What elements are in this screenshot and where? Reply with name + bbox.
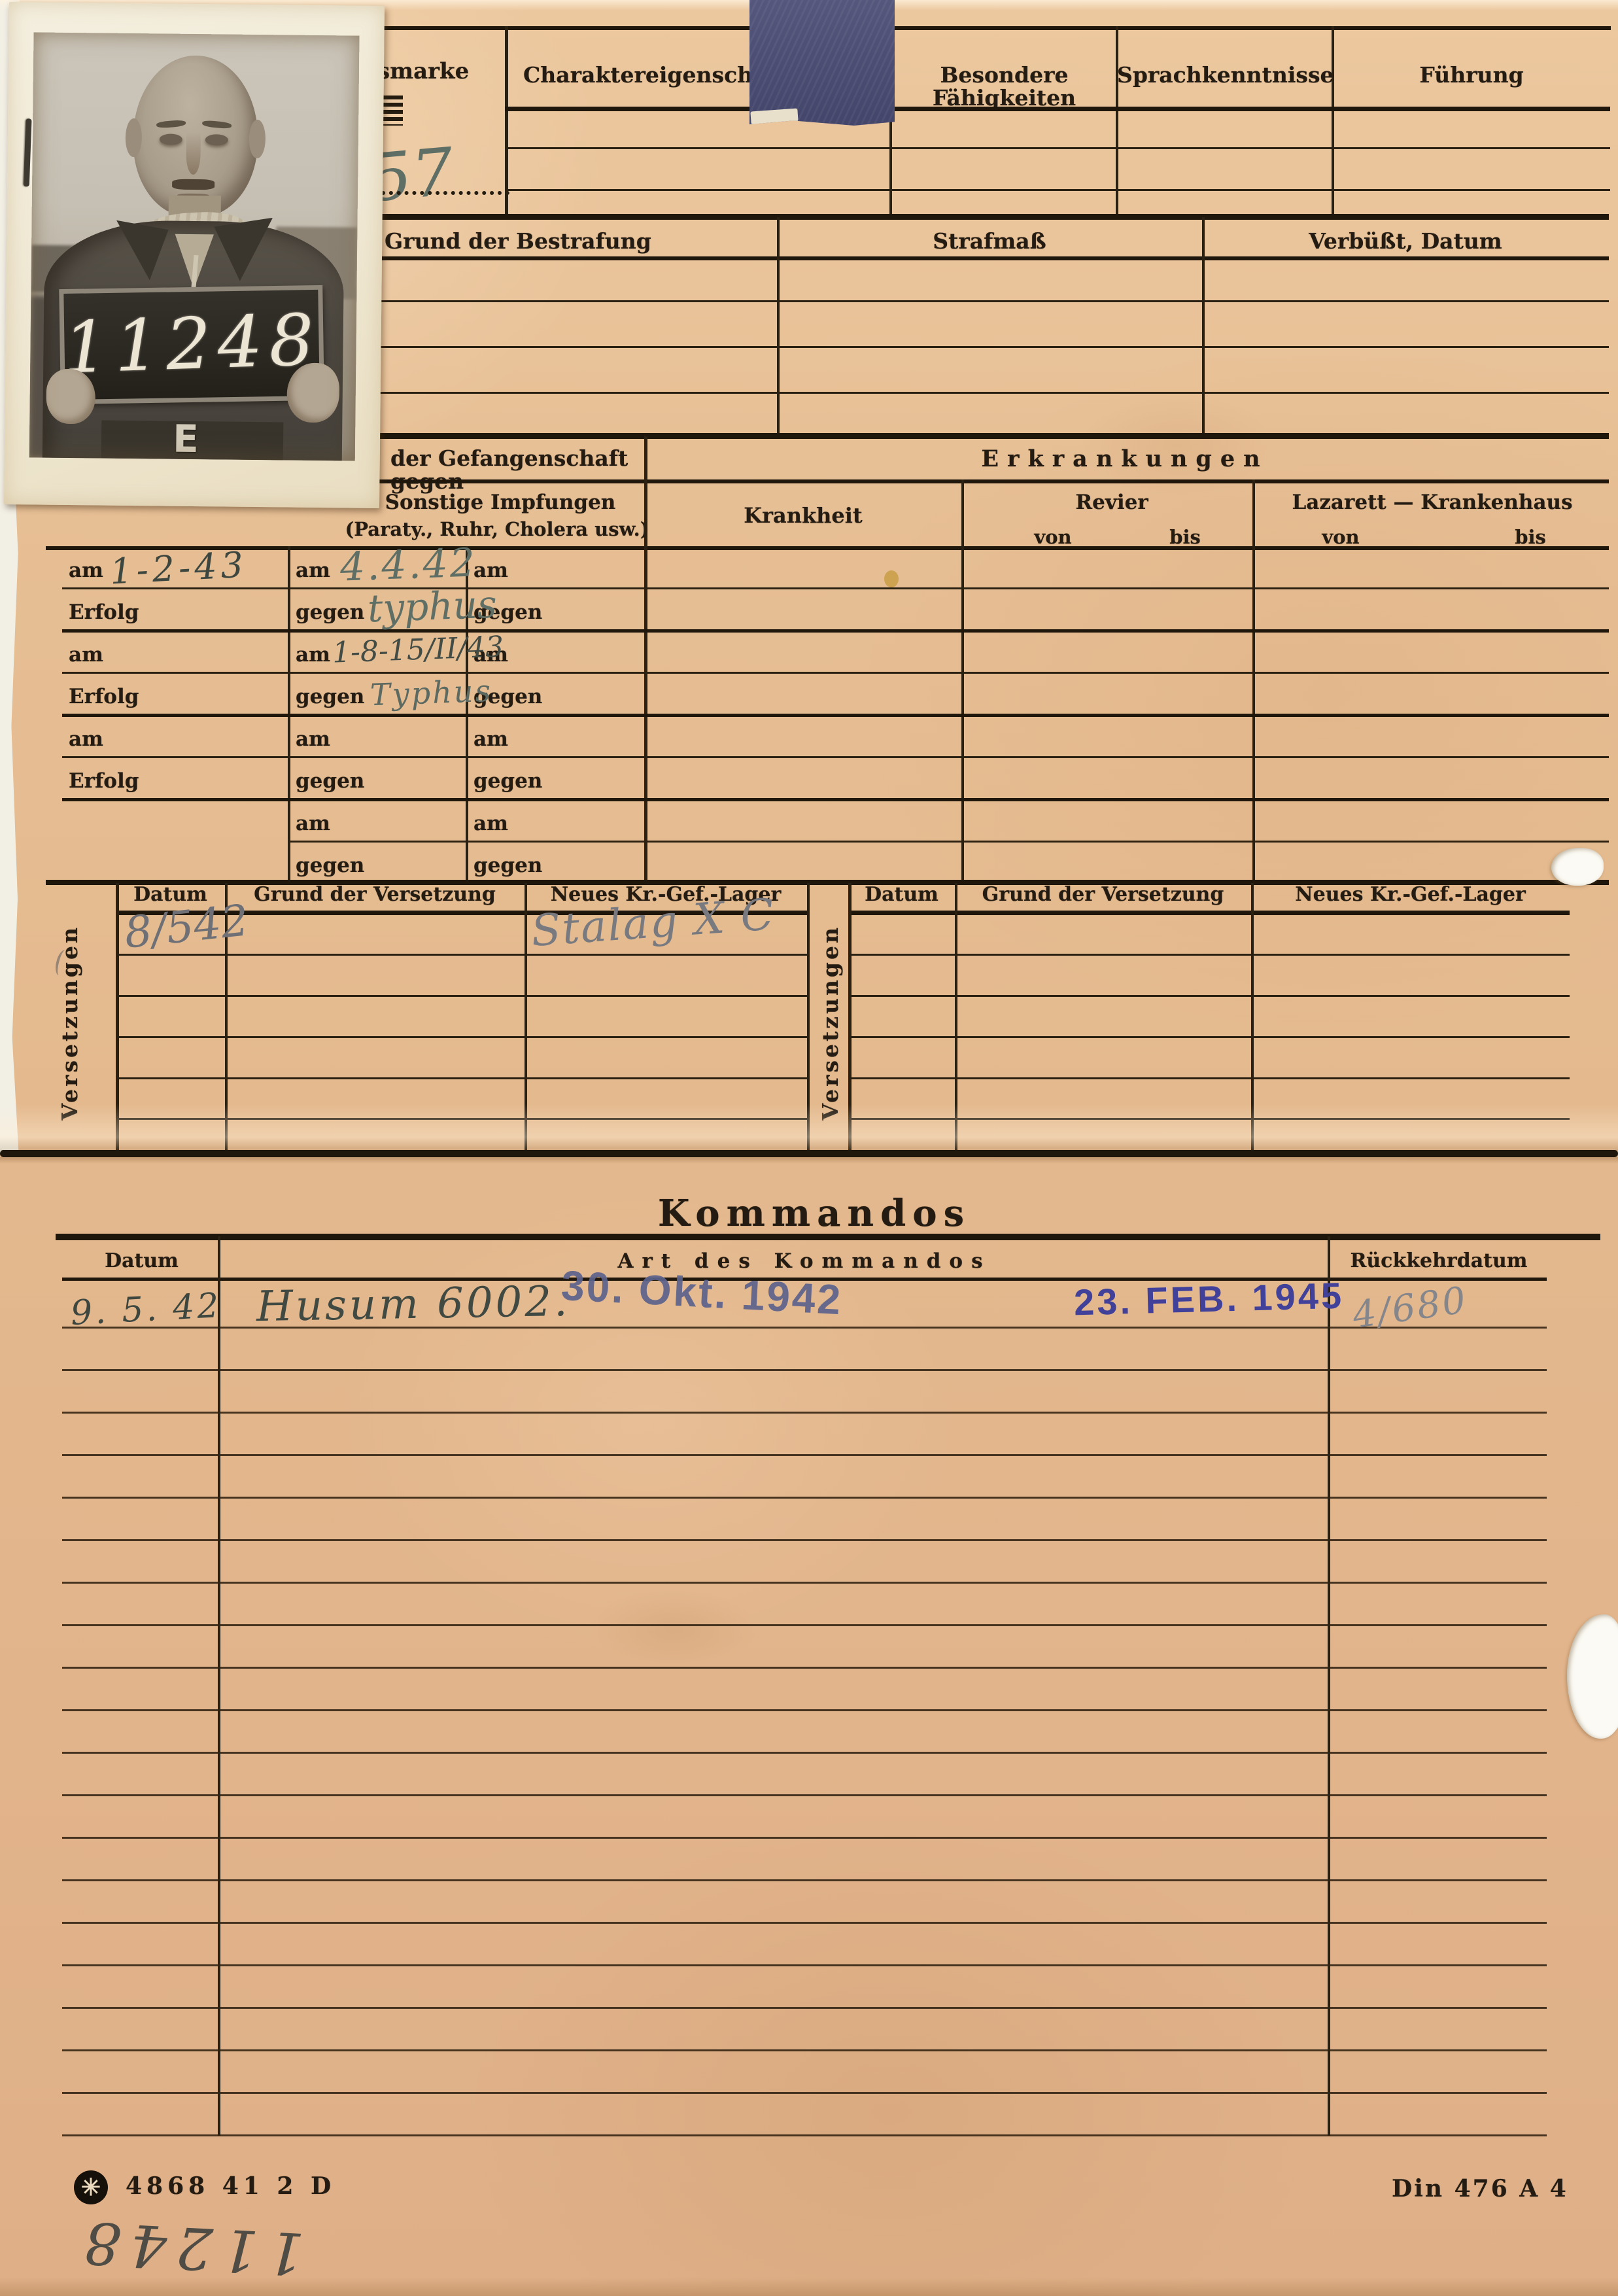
column-header-strafmass: Strafmaß xyxy=(891,230,1088,253)
column-header-datum: Datum xyxy=(65,1251,218,1272)
column-header-rueckkehrdatum: Rückkehrdatum xyxy=(1331,1251,1547,1272)
column-header-grund-versetzung: Grund der Versetzung xyxy=(225,884,525,905)
am-label: am xyxy=(473,813,508,835)
column-header-grund-versetzung: Grund der Versetzung xyxy=(955,884,1251,905)
table-line xyxy=(505,147,1610,149)
vaccination-against-handwritten: Typhus xyxy=(370,676,492,710)
column-header-datum: Datum xyxy=(848,884,955,905)
am-label: am xyxy=(69,560,103,582)
revier-von-label: von xyxy=(1020,527,1086,547)
impf-header-fragment: der Gefangenschaft gegen xyxy=(390,447,652,493)
erkennungsmarke-label-fragment: smarke xyxy=(377,60,469,84)
column-header-fuehrung: Führung xyxy=(1334,64,1609,87)
am-label: am xyxy=(473,560,508,582)
paper-stain xyxy=(884,570,899,587)
column-line xyxy=(961,479,964,883)
row-line xyxy=(116,1036,807,1038)
fold-line xyxy=(0,1150,1618,1157)
vaccination-date-handwritten: 1-8-15/II/43 xyxy=(332,633,504,667)
am-label: am xyxy=(296,729,330,750)
din-code: Din 476 A 4 xyxy=(1392,2177,1568,2202)
column-header-krankheit: Krankheit xyxy=(705,505,901,527)
vaccination-date-handwritten: 1-2-43 xyxy=(109,548,248,590)
ruled-rows xyxy=(62,1286,1547,2138)
vaccination-date-handwritten: 4.4.42 xyxy=(339,543,477,587)
prisoner-record-card: smarke 57 Charaktereigenschaft Besondere… xyxy=(0,0,1618,2296)
fold-shadow xyxy=(0,1157,1618,1164)
row-line xyxy=(62,587,1609,589)
sonstige-impfungen-line2: (Paraty., Ruhr, Cholera usw.) xyxy=(340,519,654,539)
column-header-grund-bestrafung: Grund der Bestrafung xyxy=(385,230,751,253)
table-line xyxy=(505,107,1610,111)
kommando-art-handwritten: Husum 6002. xyxy=(256,1281,570,1328)
lazarett-bis-label: bis xyxy=(1498,527,1563,547)
prisoner-photo: 11248 E xyxy=(4,2,385,508)
row-line xyxy=(62,629,1609,633)
date-stamp-return: 23. FEB. 1945 xyxy=(1073,1278,1344,1321)
am-label: am xyxy=(296,644,330,666)
row-line xyxy=(62,798,1609,801)
gegen-label: gegen xyxy=(296,686,364,708)
table-line xyxy=(56,1234,1600,1240)
row-line xyxy=(62,756,1609,758)
column-line xyxy=(777,217,780,434)
punch-hole-middle xyxy=(1567,1614,1618,1739)
gegen-label: gegen xyxy=(296,855,364,877)
column-line xyxy=(644,436,647,883)
erfolg-label: Erfolg xyxy=(69,771,139,792)
erfolg-label: Erfolg xyxy=(69,602,139,623)
gegen-label: gegen xyxy=(296,771,364,792)
revier-bis-label: bis xyxy=(1152,527,1218,547)
fold-crease xyxy=(0,1104,1618,1151)
row-line xyxy=(116,995,807,997)
table-line xyxy=(505,189,1610,191)
row-line xyxy=(116,954,807,956)
column-header-faehigkeiten: Besondere Fähigkeiten xyxy=(895,64,1114,109)
erfolg-label: Erfolg xyxy=(69,686,139,708)
erkrankungen-header: Erkrankungen xyxy=(929,447,1321,472)
ribbon-texture xyxy=(749,0,895,126)
table-line xyxy=(362,26,1611,30)
am-label: am xyxy=(296,813,330,835)
versetzungen-side-label: Versetzungen xyxy=(813,914,847,1130)
kommando-datum-handwritten: 9. 5. 42 xyxy=(70,1289,222,1331)
print-code: 4868 41 2 D xyxy=(126,2174,336,2199)
dotted-line xyxy=(381,191,509,195)
row-line xyxy=(62,672,1609,674)
column-header-revier: Revier xyxy=(1014,492,1210,513)
am-label: am xyxy=(473,729,508,750)
ribbon-tip-highlight xyxy=(750,109,798,125)
vaccination-against-handwritten: typhus xyxy=(367,585,498,628)
punch-hole-top xyxy=(1551,848,1604,886)
column-header-charakter: Charaktereigenschaft xyxy=(523,64,759,87)
versetzung-datum-handwritten: 8/542 xyxy=(122,899,250,955)
prisoner-number-upside-down: 11248 xyxy=(51,2212,328,2284)
blue-ribbon xyxy=(749,0,895,126)
column-header-neues-lager: Neues Kr.-Gef.-Lager xyxy=(1251,884,1570,905)
column-header-lazarett: Lazarett — Krankenhaus xyxy=(1265,492,1599,513)
table-line xyxy=(46,546,1609,550)
column-header-verbuesst: Verbüßt, Datum xyxy=(1307,230,1504,253)
row-line xyxy=(288,841,1609,843)
row-line xyxy=(116,1077,807,1079)
am-label: am xyxy=(69,729,103,750)
versetzungen-side-label: Versetzungen xyxy=(52,914,86,1130)
row-line xyxy=(62,714,1609,717)
photo-corner-aging xyxy=(4,2,385,508)
column-line xyxy=(1202,217,1205,434)
gegen-label: gegen xyxy=(473,855,542,877)
column-header-sprachen: Sprachkenntnisse xyxy=(1117,64,1333,87)
gegen-label: gegen xyxy=(473,771,542,792)
am-label: am xyxy=(69,644,103,666)
am-label: am xyxy=(296,560,330,582)
lazarett-von-label: von xyxy=(1308,527,1373,547)
column-line xyxy=(1252,479,1255,883)
printer-mark-icon: ✳ xyxy=(74,2170,108,2204)
kommandos-title: Kommandos xyxy=(644,1194,984,1233)
sonstige-impfungen-line1: Sonstige Impfungen xyxy=(353,492,647,513)
gegen-label: gegen xyxy=(296,602,364,623)
